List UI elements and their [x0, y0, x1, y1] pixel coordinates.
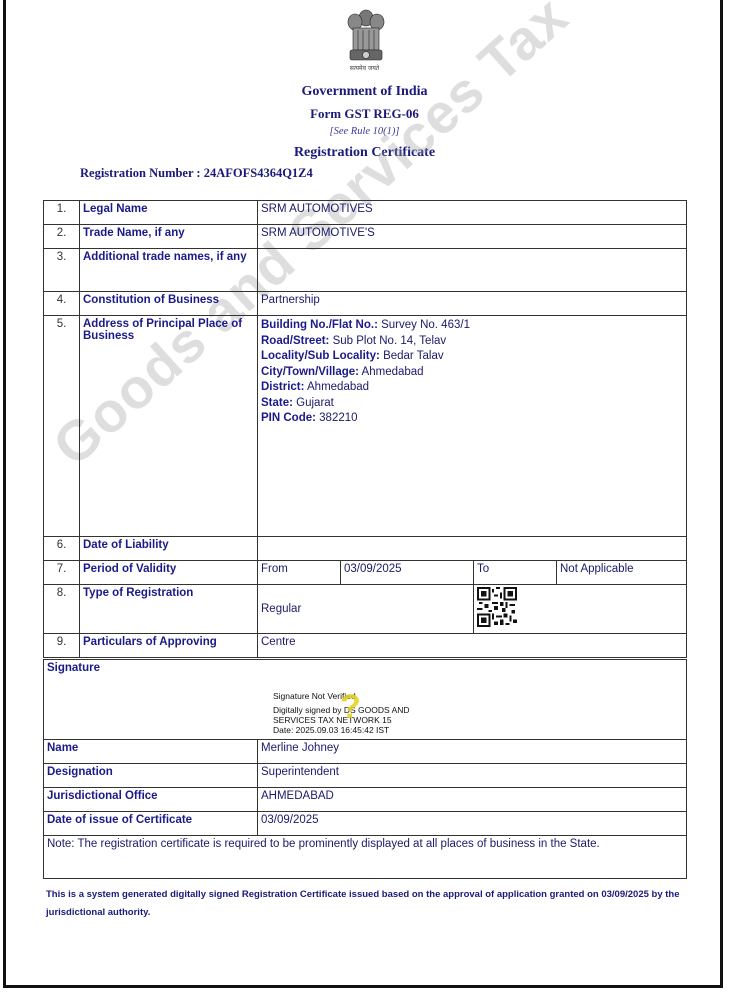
registration-type-value: Regular	[258, 585, 474, 634]
row-number: 6.	[44, 537, 80, 561]
row-number: 2.	[44, 225, 80, 249]
validity-to-label: To	[474, 561, 557, 585]
address-line: State: Gujarat	[261, 396, 683, 412]
officer-label: Designation	[44, 764, 258, 788]
address-line: Road/Street: Sub Plot No. 14, Telav	[261, 334, 683, 350]
registration-number: Registration Number : 24AFOFS4364Q1Z4	[80, 166, 313, 181]
table-row: Name Merline Johney	[44, 740, 687, 764]
address-value: Building No./Flat No.: Survey No. 463/1 …	[258, 316, 687, 537]
row-number: 8.	[44, 585, 80, 634]
row-label: Date of Liability	[80, 537, 258, 561]
validity-to-value: Not Applicable	[557, 561, 687, 585]
row-label: Additional trade names, if any	[80, 249, 258, 292]
address-line: Locality/Sub Locality: Bedar Talav	[261, 349, 683, 365]
table-row: 6. Date of Liability	[44, 537, 687, 561]
registration-number-value: 24AFOFS4364Q1Z4	[204, 166, 313, 180]
row-number: 7.	[44, 561, 80, 585]
registration-details-table: 1. Legal Name SRM AUTOMOTIVES 2. Trade N…	[43, 200, 687, 658]
jurisdictional-office-value: AHMEDABAD	[258, 788, 687, 812]
table-row: 3. Additional trade names, if any	[44, 249, 687, 292]
legal-name-value: SRM AUTOMOTIVES	[258, 201, 687, 225]
approving-authority-value: Centre	[258, 634, 687, 658]
officer-label: Jurisdictional Office	[44, 788, 258, 812]
constitution-value: Partnership	[258, 292, 687, 316]
table-row: 2. Trade Name, if any SRM AUTOMOTIVE'S	[44, 225, 687, 249]
row-number: 9.	[44, 634, 80, 658]
table-row: 9. Particulars of Approving Centre	[44, 634, 687, 658]
rule-reference: [See Rule 10(1)]	[0, 126, 729, 137]
note-row: Note: The registration certificate is re…	[44, 836, 687, 879]
table-row: 8. Type of Registration Regular	[44, 585, 687, 634]
validity-from-label: From	[258, 561, 341, 585]
row-number: 4.	[44, 292, 80, 316]
row-label: Particulars of Approving	[80, 634, 258, 658]
date-of-liability-value	[258, 537, 687, 561]
row-number: 3.	[44, 249, 80, 292]
note-text: Note: The registration certificate is re…	[44, 836, 687, 879]
row-label: Constitution of Business	[80, 292, 258, 316]
issue-date-value: 03/09/2025	[258, 812, 687, 836]
table-row: 4. Constitution of Business Partnership	[44, 292, 687, 316]
government-title: Government of India	[0, 84, 729, 100]
table-row: 1. Legal Name SRM AUTOMOTIVES	[44, 201, 687, 225]
additional-trade-names-value	[258, 249, 687, 292]
footer-statement: This is a system generated digitally sig…	[46, 886, 686, 922]
officer-label: Date of issue of Certificate	[44, 812, 258, 836]
row-label: Address of Principal Place of Business	[80, 316, 258, 537]
table-row: Date of issue of Certificate 03/09/2025	[44, 812, 687, 836]
form-title: Form GST REG-06	[0, 106, 729, 122]
row-number: 1.	[44, 201, 80, 225]
row-label: Legal Name	[80, 201, 258, 225]
designation-value: Superintendent	[258, 764, 687, 788]
row-label: Period of Validity	[80, 561, 258, 585]
table-row: 5. Address of Principal Place of Busines…	[44, 316, 687, 537]
address-line: PIN Code: 382210	[261, 411, 683, 427]
qr-cell	[474, 585, 687, 634]
emblem-motto: सत्यमेव जयते	[0, 64, 729, 72]
table-row: Jurisdictional Office AHMEDABAD	[44, 788, 687, 812]
qr-code-icon	[477, 587, 517, 627]
trade-name-value: SRM AUTOMOTIVE'S	[258, 225, 687, 249]
table-row: 7. Period of Validity From 03/09/2025 To…	[44, 561, 687, 585]
signature-unverified-icon: ?	[340, 688, 361, 727]
row-label: Type of Registration	[80, 585, 258, 634]
officer-name-value: Merline Johney	[258, 740, 687, 764]
address-line: City/Town/Village: Ahmedabad	[261, 365, 683, 381]
registration-number-label: Registration Number :	[80, 166, 201, 180]
address-line: Building No./Flat No.: Survey No. 463/1	[261, 318, 683, 334]
certificate-title: Registration Certificate	[0, 145, 729, 161]
row-label: Trade Name, if any	[80, 225, 258, 249]
officer-label: Name	[44, 740, 258, 764]
table-row: Designation Superintendent	[44, 764, 687, 788]
address-line: District: Ahmedabad	[261, 380, 683, 396]
validity-from-value: 03/09/2025	[341, 561, 474, 585]
row-number: 5.	[44, 316, 80, 537]
